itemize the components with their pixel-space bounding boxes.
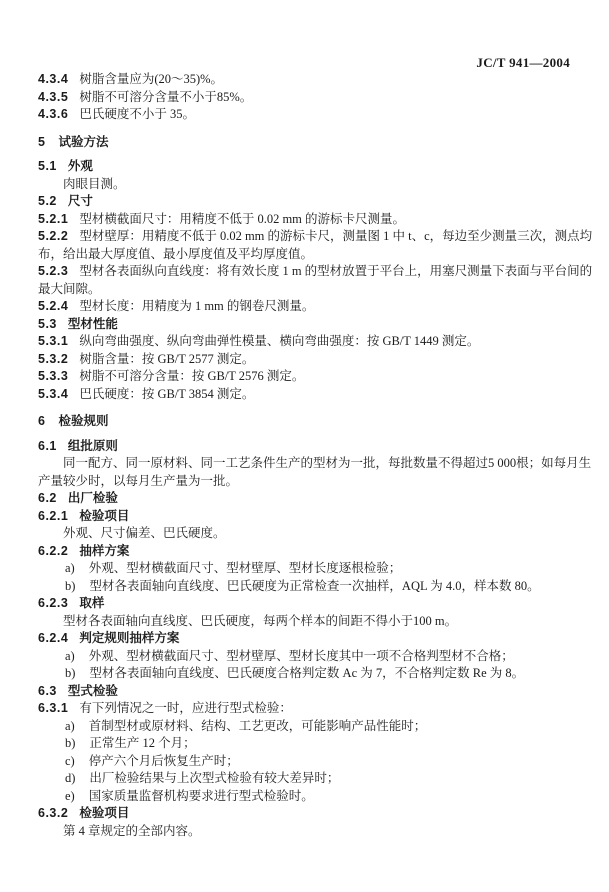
clause-number: 5.3.2	[38, 352, 68, 366]
doc-line-b-: b)型材各表面轴向直线度、巴氏硬度为正常检查一次抽样，AQL 为 4.0，样本数…	[38, 578, 579, 596]
line-text: 检验规则	[58, 414, 108, 428]
doc-line-4-3-5: 4.3.5树脂不可溶分含量不小于85%。	[38, 89, 579, 107]
clause-number: 4.3.5	[38, 90, 68, 104]
doc-line-a-: a)外观、型材横截面尺寸、型材壁厚、型材长度其中一项不合格判型材不合格；	[38, 648, 579, 666]
doc-line-5-2: 5.2尺寸	[38, 193, 579, 211]
doc-line-6-1: 6.1组批原则	[38, 438, 579, 456]
clause-number: 5.3.1	[38, 334, 68, 348]
line-text: 检验项目	[79, 806, 129, 820]
clause-number: 4.3.6	[38, 107, 68, 121]
clause-number: 5.1	[38, 159, 57, 173]
doc-line-5-2-4: 5.2.4型材长度：用精度为 1 mm 的钢卷尺测量。	[38, 298, 579, 316]
line-text: 同一配方、同一原材料、同一工艺条件生产的型材为一批，每批数量不得超过5 000根…	[63, 456, 591, 470]
doc-line-d-: d)出厂检验结果与上次型式检验有较大差异时；	[38, 770, 579, 788]
line-text: 巴氏硬度：按 GB/T 3854 测定。	[79, 387, 254, 401]
line-text: 停产六个月后恢复生产时；	[89, 754, 239, 768]
clause-number: 5.3	[38, 317, 57, 331]
doc-line-text: 同一配方、同一原材料、同一工艺条件生产的型材为一批，每批数量不得超过5 000根…	[38, 455, 579, 473]
clause-number: 6.2.3	[38, 596, 68, 610]
doc-line-5-3: 5.3型材性能	[38, 316, 579, 334]
doc-line-5-3-2: 5.3.2树脂含量：按 GB/T 2577 测定。	[38, 351, 579, 369]
clause-number: 6.2.2	[38, 544, 68, 558]
doc-line-text: 型材各表面轴向直线度、巴氏硬度，每两个样本的间距不得小于100 m。	[38, 613, 579, 631]
clause-number: 5.2.4	[38, 299, 68, 313]
doc-line-5-1: 5.1外观	[38, 158, 579, 176]
clause-number: 6.2.4	[38, 631, 68, 645]
clause-number: 5.3.4	[38, 387, 68, 401]
doc-line-4-3-4: 4.3.4树脂含量应为(20～35)%。	[38, 71, 579, 89]
line-text: 最大间隙。	[38, 282, 101, 296]
doc-line-text: 最大间隙。	[38, 281, 579, 299]
doc-line-6-3-2: 6.3.2检验项目	[38, 805, 579, 823]
line-text: 取样	[79, 596, 104, 610]
clause-number: 5.3.3	[38, 369, 68, 383]
line-text: 尺寸	[68, 194, 93, 208]
doc-line-6-2: 6.2出厂检验	[38, 490, 579, 508]
list-item-letter: e)	[65, 789, 75, 803]
doc-line-e-: e)国家质量监督机构要求进行型式检验时。	[38, 788, 579, 806]
line-text: 型材横截面尺寸：用精度不低于 0.02 mm 的游标卡尺测量。	[79, 212, 405, 226]
doc-line-text: 产量较少时，以每月生产量为一批。	[38, 473, 579, 491]
doc-line-5-3-1: 5.3.1纵向弯曲强度、纵向弯曲弹性模量、横向弯曲强度：按 GB/T 1449 …	[38, 333, 579, 351]
line-text: 产量较少时，以每月生产量为一批。	[38, 474, 238, 488]
list-item-letter: a)	[65, 561, 75, 575]
doc-line-6: 6检验规则	[38, 413, 579, 431]
doc-line-a-: a)首制型材或原材料、结构、工艺更改，可能影响产品性能时；	[38, 718, 579, 736]
clause-number: 4.3.4	[38, 72, 68, 86]
doc-line-text: 第 4 章规定的全部内容。	[38, 823, 579, 841]
doc-line-6-2-4: 6.2.4判定规则抽样方案	[38, 630, 579, 648]
line-text: 型材性能	[68, 317, 118, 331]
line-text: 出厂检验结果与上次型式检验有较大差异时；	[89, 771, 339, 785]
doc-line-5-2-1: 5.2.1型材横截面尺寸：用精度不低于 0.02 mm 的游标卡尺测量。	[38, 211, 579, 229]
running-header-standard-number: JC/T 941—2004	[476, 55, 570, 71]
line-text: 检验项目	[79, 509, 129, 523]
line-text: 树脂含量应为(20～35)%。	[79, 72, 223, 86]
doc-line-6-3-1: 6.3.1有下列情况之一时，应进行型式检验：	[38, 700, 579, 718]
doc-line-c-: c)停产六个月后恢复生产时；	[38, 753, 579, 771]
doc-line-6-2-3: 6.2.3取样	[38, 595, 579, 613]
doc-line-5-2-3: 5.2.3型材各表面纵向直线度：将有效长度 1 m 的型材放置于平台上，用塞尺测…	[38, 263, 579, 281]
doc-line-4-3-6: 4.3.6巴氏硬度不小于 35。	[38, 106, 579, 124]
line-text: 树脂不可溶分含量不小于85%。	[79, 90, 252, 104]
line-text: 树脂不可溶分含量：按 GB/T 2576 测定。	[79, 369, 304, 383]
line-text: 判定规则抽样方案	[79, 631, 179, 645]
line-text: 第 4 章规定的全部内容。	[63, 824, 201, 838]
line-text: 型材各表面纵向直线度：将有效长度 1 m 的型材放置于平台上，用塞尺测量下表面与…	[79, 264, 592, 278]
clause-number: 5.2	[38, 194, 57, 208]
line-text: 抽样方案	[79, 544, 129, 558]
doc-line-6-3: 6.3型式检验	[38, 683, 579, 701]
doc-line-a-: a)外观、型材横截面尺寸、型材壁厚、型材长度逐根检验；	[38, 560, 579, 578]
line-text: 树脂含量：按 GB/T 2577 测定。	[79, 352, 254, 366]
list-item-letter: b)	[65, 579, 75, 593]
line-text: 外观	[68, 159, 93, 173]
line-text: 组批原则	[68, 439, 118, 453]
line-text: 布，给出最大厚度值、最小厚度值及平均厚度值。	[38, 247, 313, 261]
list-item-letter: a)	[65, 719, 75, 733]
line-text: 型式检验	[68, 684, 118, 698]
line-text: 型材各表面轴向直线度、巴氏硬度，每两个样本的间距不得小于100 m。	[63, 614, 457, 628]
list-item-letter: d)	[65, 771, 75, 785]
list-item-letter: b)	[65, 666, 75, 680]
doc-line-6-2-2: 6.2.2抽样方案	[38, 543, 579, 561]
line-text: 巴氏硬度不小于 35。	[79, 107, 195, 121]
document-page: JC/T 941—2004 4.3.4树脂含量应为(20～35)%。4.3.5树…	[0, 0, 609, 892]
doc-line-text: 布，给出最大厚度值、最小厚度值及平均厚度值。	[38, 246, 579, 264]
list-item-letter: c)	[65, 754, 75, 768]
doc-line-5-2-2: 5.2.2型材壁厚：用精度不低于 0.02 mm 的游标卡尺，测量图 1 中 t…	[38, 228, 579, 246]
line-text: 肉眼目测。	[63, 177, 126, 191]
line-text: 首制型材或原材料、结构、工艺更改，可能影响产品性能时；	[89, 719, 427, 733]
line-text: 纵向弯曲强度、纵向弯曲弹性模量、横向弯曲强度：按 GB/T 1449 测定。	[79, 334, 479, 348]
line-text: 正常生产 12 个月；	[89, 736, 195, 750]
line-text: 外观、型材横截面尺寸、型材壁厚、型材长度逐根检验；	[89, 561, 402, 575]
doc-line-b-: b)型材各表面轴向直线度、巴氏硬度合格判定数 Ac 为 7，不合格判定数 Re …	[38, 665, 579, 683]
doc-line-5-3-4: 5.3.4巴氏硬度：按 GB/T 3854 测定。	[38, 386, 579, 404]
line-text: 有下列情况之一时，应进行型式检验：	[79, 701, 292, 715]
clause-number: 5.2.2	[38, 229, 68, 243]
clause-number: 6.2.1	[38, 509, 68, 523]
doc-line-text: 外观、尺寸偏差、巴氏硬度。	[38, 525, 579, 543]
clause-number: 5.2.1	[38, 212, 68, 226]
doc-line-6-2-1: 6.2.1检验项目	[38, 508, 579, 526]
doc-line-text: 肉眼目测。	[38, 176, 579, 194]
clause-number: 6.1	[38, 439, 57, 453]
line-text: 外观、型材横截面尺寸、型材壁厚、型材长度其中一项不合格判型材不合格；	[89, 649, 514, 663]
line-text: 型材各表面轴向直线度、巴氏硬度为正常检查一次抽样，AQL 为 4.0，样本数 8…	[89, 579, 539, 593]
clause-number: 6.2	[38, 491, 57, 505]
line-text: 型材壁厚：用精度不低于 0.02 mm 的游标卡尺，测量图 1 中 t、c，每边…	[79, 229, 592, 243]
line-text: 型材长度：用精度为 1 mm 的钢卷尺测量。	[79, 299, 314, 313]
doc-line-5: 5试验方法	[38, 134, 579, 152]
list-item-letter: b)	[65, 736, 75, 750]
line-text: 试验方法	[58, 135, 108, 149]
line-text: 型材各表面轴向直线度、巴氏硬度合格判定数 Ac 为 7，不合格判定数 Re 为 …	[89, 666, 524, 680]
line-text: 出厂检验	[68, 491, 118, 505]
clause-number: 5	[38, 135, 45, 149]
line-text: 外观、尺寸偏差、巴氏硬度。	[63, 526, 226, 540]
clause-number: 5.2.3	[38, 264, 68, 278]
clause-number: 6.3.2	[38, 806, 68, 820]
document-body: 4.3.4树脂含量应为(20～35)%。4.3.5树脂不可溶分含量不小于85%。…	[38, 71, 579, 840]
clause-number: 6	[38, 414, 45, 428]
clause-number: 6.3	[38, 684, 57, 698]
line-text: 国家质量监督机构要求进行型式检验时。	[89, 789, 314, 803]
doc-line-b-: b)正常生产 12 个月；	[38, 735, 579, 753]
doc-line-5-3-3: 5.3.3树脂不可溶分含量：按 GB/T 2576 测定。	[38, 368, 579, 386]
list-item-letter: a)	[65, 649, 75, 663]
clause-number: 6.3.1	[38, 701, 68, 715]
